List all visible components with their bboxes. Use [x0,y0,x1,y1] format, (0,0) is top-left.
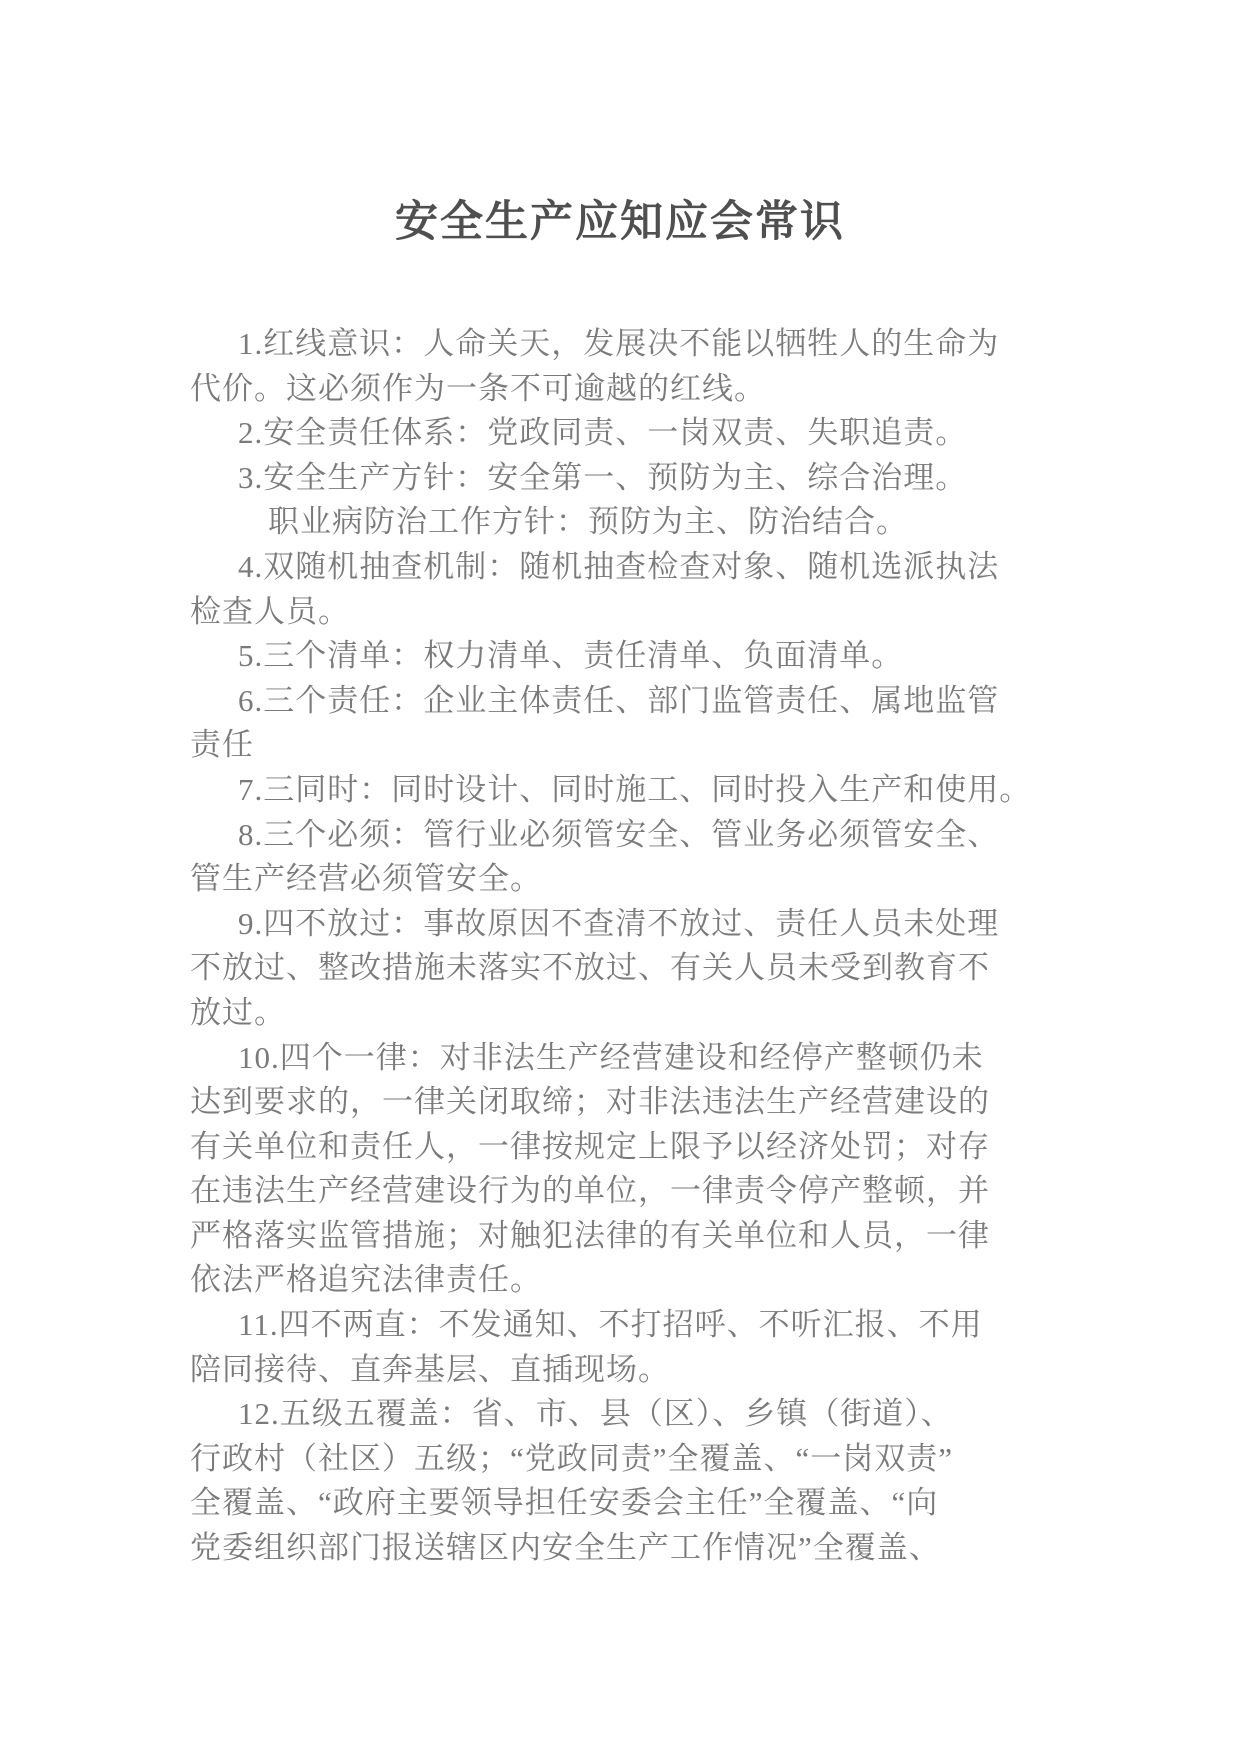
text-line: 陪同接待、直奔基层、直插现场。 [190,1348,1090,1393]
text-line: 行政村（社区）五级；“党政同责”全覆盖、“一岗双责” [190,1437,1090,1482]
text-line: 8.三个必须：管行业必须管安全、管业务必须管安全、 [190,813,1090,858]
text-line: 9.四不放过：事故原因不查清不放过、责任人员未处理 [190,902,1090,947]
text-line: 12.五级五覆盖：省、市、县（区）、乡镇（街道）、 [190,1392,1090,1437]
text-line: 11.四不两直：不发通知、不打招呼、不听汇报、不用 [190,1303,1090,1348]
document-body: 1.红线意识：人命关天，发展决不能以牺牲人的生命为代价。这必须作为一条不可逾越的… [190,322,1090,1571]
text-line: 有关单位和责任人，一律按规定上限予以经济处罚；对存 [190,1125,1090,1170]
text-line: 5.三个清单：权力清单、责任清单、负面清单。 [190,634,1090,679]
text-line: 管生产经营必须管安全。 [190,857,1090,902]
text-line: 10.四个一律：对非法生产经营建设和经停产整顿仍未 [190,1036,1090,1081]
text-line: 严格落实监管措施；对触犯法律的有关单位和人员，一律 [190,1214,1090,1259]
document-title: 安全生产应知应会常识 [0,0,1240,250]
text-line: 党委组织部门报送辖区内安全生产工作情况”全覆盖、 [190,1526,1090,1571]
text-line: 在违法生产经营建设行为的单位，一律责令停产整顿，并 [190,1169,1090,1214]
text-line: 放过。 [190,991,1090,1036]
text-line: 7.三同时：同时设计、同时施工、同时投入生产和使用。 [190,768,1090,813]
text-line: 3.安全生产方针：安全第一、预防为主、综合治理。 [190,456,1090,501]
text-line: 达到要求的，一律关闭取缔；对非法违法生产经营建设的 [190,1080,1090,1125]
text-line: 责任 [190,723,1090,768]
text-line: 职业病防治工作方针：预防为主、防治结合。 [190,500,1090,545]
text-line: 全覆盖、“政府主要领导担任安委会主任”全覆盖、“向 [190,1481,1090,1526]
text-line: 6.三个责任：企业主体责任、部门监管责任、属地监管 [190,679,1090,724]
text-line: 4.双随机抽查机制：随机抽查检查对象、随机选派执法 [190,545,1090,590]
text-line: 依法严格追究法律责任。 [190,1258,1090,1303]
document-page: 安全生产应知应会常识 1.红线意识：人命关天，发展决不能以牺牲人的生命为代价。这… [0,0,1240,1753]
text-line: 不放过、整改措施未落实不放过、有关人员未受到教育不 [190,946,1090,991]
text-line: 2.安全责任体系：党政同责、一岗双责、失职追责。 [190,411,1090,456]
text-line: 代价。这必须作为一条不可逾越的红线。 [190,367,1090,412]
text-line: 1.红线意识：人命关天，发展决不能以牺牲人的生命为 [190,322,1090,367]
text-line: 检查人员。 [190,590,1090,635]
